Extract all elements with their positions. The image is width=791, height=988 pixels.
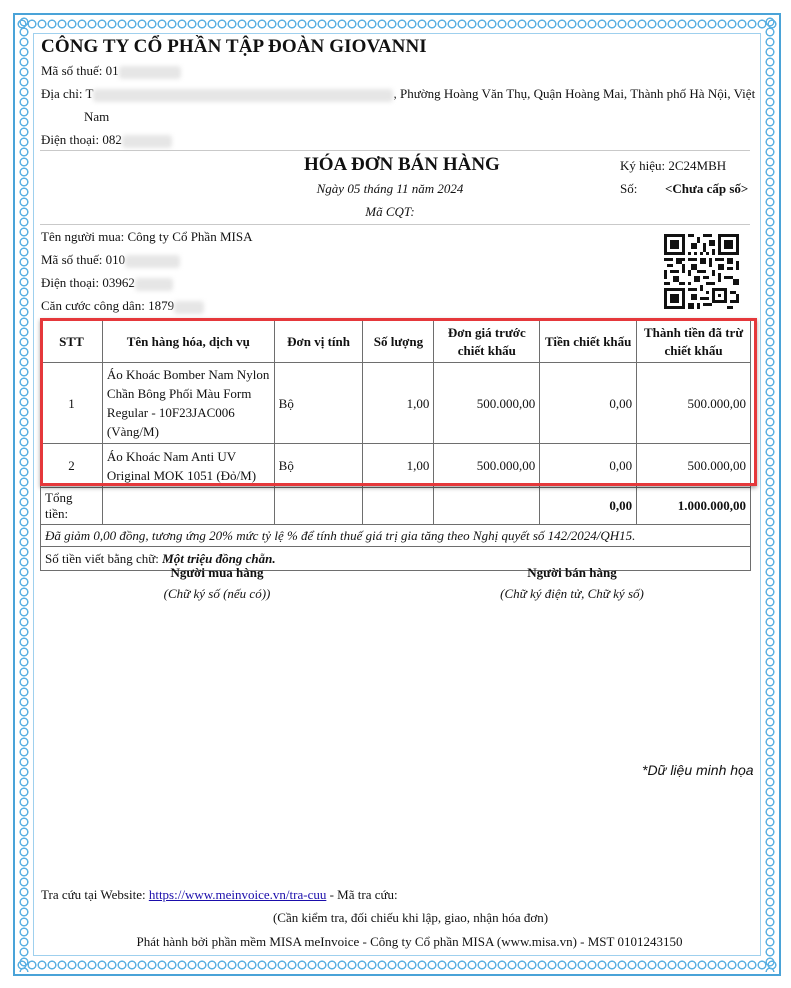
seller-address-end: , Phường Hoàng Văn Thụ, Quận Hoàng Mai, … — [393, 86, 755, 101]
cell-quantity: 1,00 — [363, 444, 434, 488]
header-stt: STT — [41, 321, 103, 363]
cell-item-name: Áo Khoác Bomber Nam Nylon Chần Bông Phối… — [102, 363, 274, 444]
qr-code — [663, 234, 740, 309]
buyer-tax-code: Mã số thuế: 010 — [41, 252, 180, 268]
total-amount: 1.000.000,00 — [637, 488, 751, 525]
seller-address-label: Địa chỉ: — [41, 86, 83, 101]
demo-data-note: *Dữ liệu minh họa — [642, 762, 754, 778]
seller-address-wrap: Nam — [84, 109, 109, 125]
issued-by: Phát hành bởi phần mềm MISA meInvoice - … — [0, 934, 791, 950]
border-ornament-bottom — [17, 958, 777, 972]
vat-note-row: Đã giảm 0,00 đồng, tương ứng 20% mức tỷ … — [41, 525, 751, 547]
seller-tax-code-label: Mã số thuế: — [41, 63, 102, 78]
cell-unit: Bộ — [274, 363, 363, 444]
redacted-blur — [135, 278, 173, 291]
invoice-date: Ngày 05 tháng 11 năm 2024 — [290, 181, 490, 197]
header-item-name: Tên hàng hóa, dịch vụ — [102, 321, 274, 363]
buyer-id: Căn cước công dân: 1879 — [41, 298, 204, 314]
lookup-line: Tra cứu tại Website: https://www.meinvoi… — [41, 887, 398, 903]
amount-in-words-label: Số tiền viết bằng chữ: — [45, 551, 159, 566]
cell-stt: 2 — [41, 444, 103, 488]
cell-amount: 500.000,00 — [637, 363, 751, 444]
buyer-phone-value: 03962 — [102, 275, 135, 290]
invoice-cqt-code: Mã CQT: — [290, 204, 490, 220]
lookup-code-label: - Mã tra cứu: — [326, 887, 397, 902]
header-unit-price: Đơn giá trước chiết khấu — [434, 321, 540, 363]
redacted-blur — [122, 135, 172, 148]
invoice-number-value: <Chưa cấp số> — [665, 181, 748, 197]
lookup-label: Tra cứu tại Website: — [41, 887, 146, 902]
cell-amount: 500.000,00 — [637, 444, 751, 488]
invoice-symbol-value: 2C24MBH — [668, 158, 726, 173]
total-discount: 0,00 — [540, 488, 637, 525]
buyer-id-value: 1879 — [148, 298, 174, 313]
buyer-signature-title: Người mua hàng — [107, 565, 327, 581]
header-discount: Tiền chiết khấu — [540, 321, 637, 363]
cell-discount: 0,00 — [540, 444, 637, 488]
seller-address-start: T — [86, 86, 94, 101]
invoice-items-table: STT Tên hàng hóa, dịch vụ Đơn vị tính Số… — [40, 320, 751, 571]
buyer-phone-label: Điện thoại: — [41, 275, 99, 290]
cell-unit: Bộ — [274, 444, 363, 488]
redacted-blur — [174, 301, 204, 314]
redacted-blur — [125, 255, 180, 268]
redacted-blur — [93, 89, 393, 102]
seller-tax-code-value: 01 — [106, 63, 119, 78]
seller-company-name: CÔNG TY CỔ PHẦN TẬP ĐOÀN GIOVANNI — [41, 36, 427, 58]
cell-unit-price: 500.000,00 — [434, 363, 540, 444]
invoice-title-text: HÓA ĐƠN BÁN HÀNG — [304, 154, 486, 176]
divider — [40, 224, 750, 225]
empty-cell — [274, 488, 363, 525]
empty-cell — [102, 488, 274, 525]
header-unit: Đơn vị tính — [274, 321, 363, 363]
check-note: (Cần kiểm tra, đối chiếu khi lập, giao, … — [0, 910, 791, 926]
buyer-phone: Điện thoại: 03962 — [41, 275, 173, 291]
header-quantity: Số lượng — [363, 321, 434, 363]
cell-quantity: 1,00 — [363, 363, 434, 444]
amount-in-words-value: Một triệu đồng chẵn. — [162, 551, 275, 566]
buyer-name: Tên người mua: Công ty Cổ Phần MISA — [41, 229, 252, 245]
seller-signature-note: (Chữ ký điện tử, Chữ ký số) — [462, 586, 682, 602]
seller-signature-title: Người bán hàng — [462, 565, 682, 581]
empty-cell — [363, 488, 434, 525]
invoice-symbol-label: Ký hiệu: — [620, 158, 665, 173]
cell-stt: 1 — [41, 363, 103, 444]
invoice-symbol: Ký hiệu: 2C24MBH — [620, 158, 726, 174]
border-ornament-top — [17, 17, 777, 31]
table-header-row: STT Tên hàng hóa, dịch vụ Đơn vị tính Số… — [41, 321, 751, 363]
buyer-id-label: Căn cước công dân: — [41, 298, 145, 313]
empty-cell — [434, 488, 540, 525]
cell-item-name: Áo Khoác Nam Anti UV Original MOK 1051 (… — [102, 444, 274, 488]
total-row: Tổng tiền: 0,00 1.000.000,00 — [41, 488, 751, 525]
seller-phone: Điện thoại: 082 — [41, 132, 172, 148]
vat-reduction-note: Đã giảm 0,00 đồng, tương ứng 20% mức tỷ … — [41, 525, 751, 547]
cell-unit-price: 500.000,00 — [434, 444, 540, 488]
seller-phone-value: 082 — [102, 132, 122, 147]
redacted-blur — [119, 66, 181, 79]
buyer-name-label: Tên người mua: — [41, 229, 124, 244]
divider — [40, 150, 750, 151]
invoice-number-label: Số: — [620, 181, 637, 197]
cell-discount: 0,00 — [540, 363, 637, 444]
seller-tax-code: Mã số thuế: 01 — [41, 63, 181, 79]
total-label: Tổng tiền: — [41, 488, 103, 525]
buyer-signature-note: (Chữ ký số (nếu có)) — [107, 586, 327, 602]
header-amount: Thành tiền đã trừ chiết khấu — [637, 321, 751, 363]
seller-phone-label: Điện thoại: — [41, 132, 99, 147]
buyer-name-value: Công ty Cổ Phần MISA — [128, 229, 253, 244]
buyer-tax-code-value: 010 — [106, 252, 126, 267]
lookup-website-link[interactable]: https://www.meinvoice.vn/tra-cuu — [149, 887, 327, 902]
seller-address: Địa chỉ: T, Phường Hoàng Văn Thụ, Quận H… — [41, 86, 755, 102]
table-row: 1 Áo Khoác Bomber Nam Nylon Chần Bông Ph… — [41, 363, 751, 444]
buyer-tax-code-label: Mã số thuế: — [41, 252, 102, 267]
table-row: 2 Áo Khoác Nam Anti UV Original MOK 1051… — [41, 444, 751, 488]
